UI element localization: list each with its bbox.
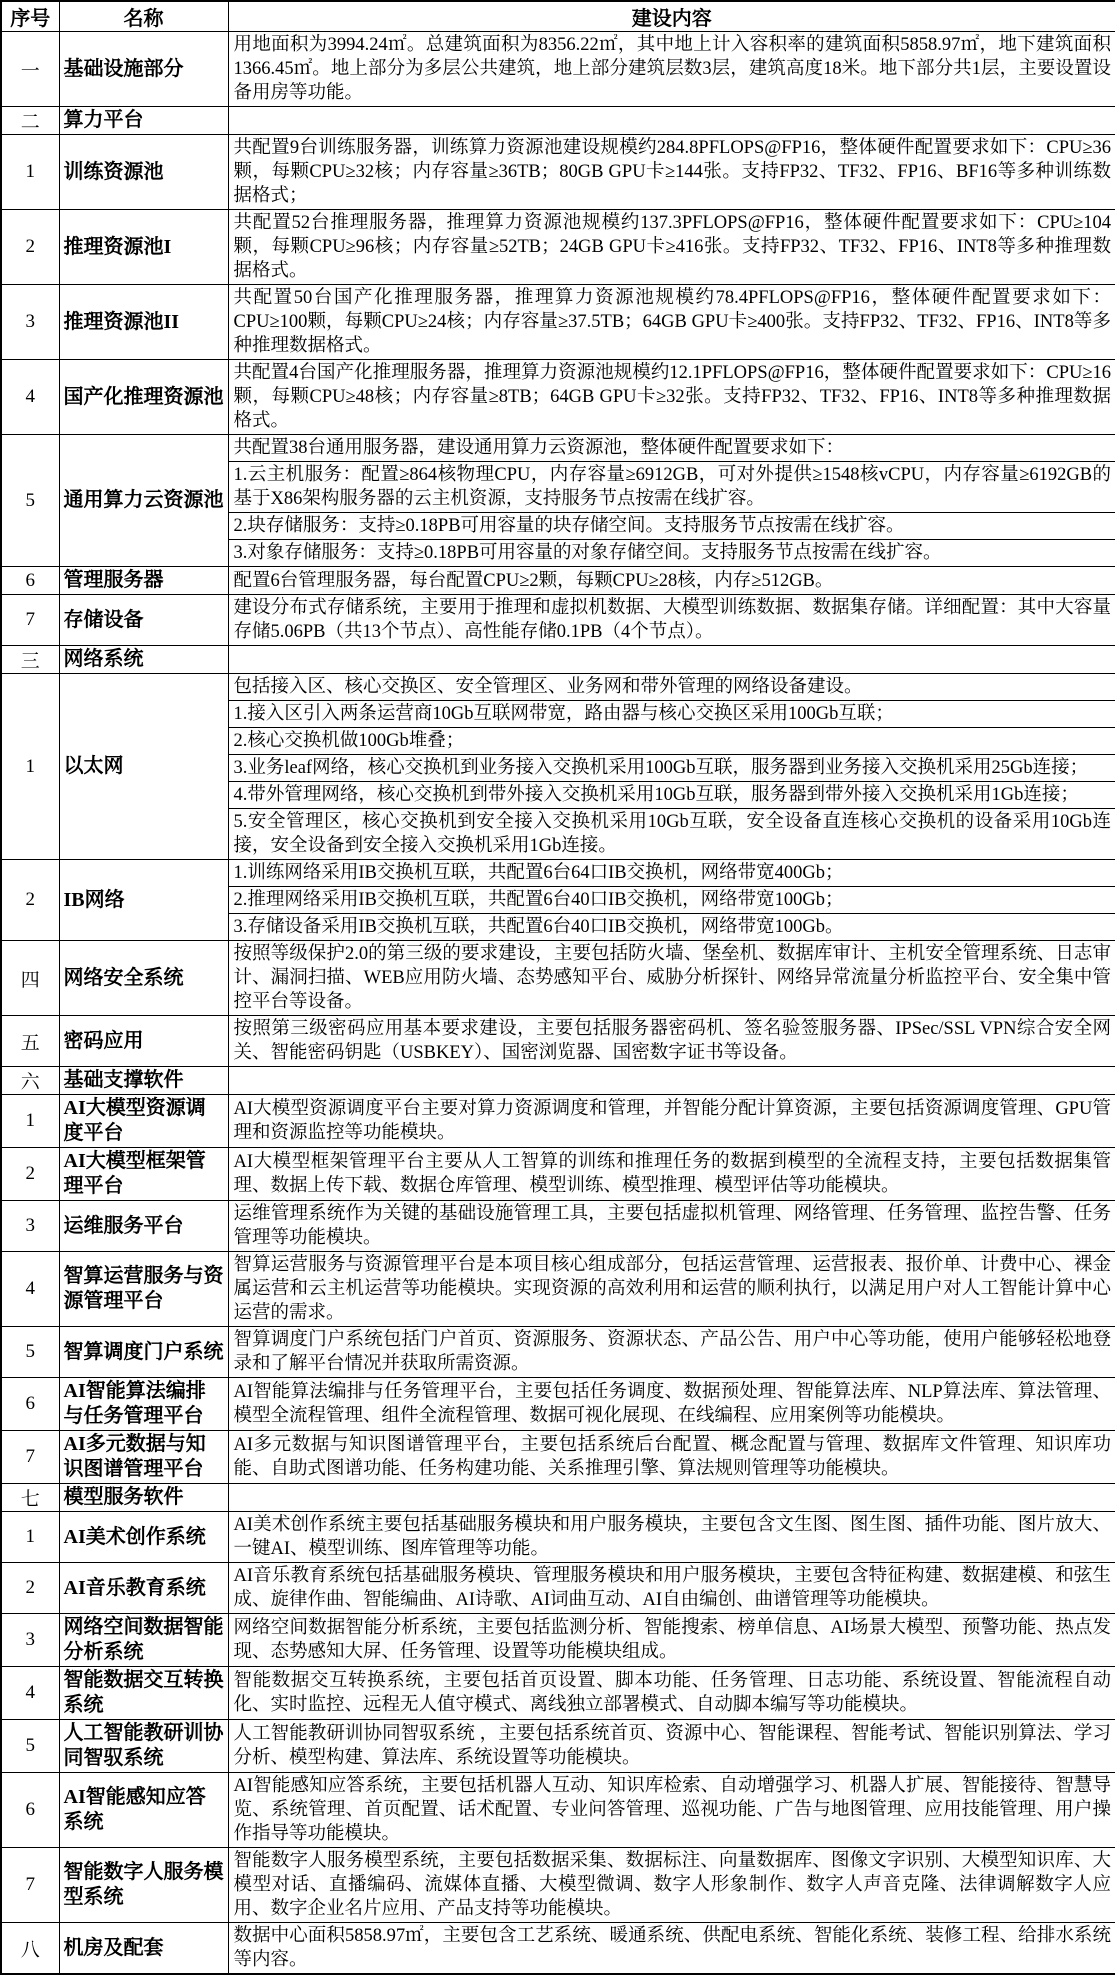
row-content-cell: 包括接入区、核心交换区、安全管理区、业务网和带外管理的网络设备建设。1.接入区引… (228, 674, 1115, 860)
content-paragraph: 3.存储设备采用IB交换机互联，共配置6台40口IB交换机，网络带宽100Gb。 (229, 913, 1115, 940)
table-row: 5人工智能教研训协同智驭系统人工智能教研训协同智驭系统 ，主要包括系统首页、资源… (1, 1720, 1115, 1773)
row-content-cell (228, 1484, 1115, 1512)
content-paragraph: 1.云主机服务：配置≥864核物理CPU，内存容量≥6912GB，可对外提供≥1… (229, 461, 1115, 512)
table-row: 7AI多元数据与知识图谱管理平台AI多元数据与知识图谱管理平台，主要包括系统后台… (1, 1431, 1115, 1484)
section-row: 二算力平台 (1, 107, 1115, 135)
row-content-cell: 智能数字人服务模型系统，主要包括数据采集、数据标注、向量数据库、图像文字识别、大… (228, 1848, 1115, 1923)
row-number-cell: 5 (1, 1327, 59, 1378)
row-name-cell: 推理资源池I (59, 210, 228, 285)
content-paragraph: 5.安全管理区，核心交换机到安全接入交换机采用10Gb互联，安全设备直连核心交换… (229, 808, 1115, 859)
row-content-cell: 共配置52台推理服务器，推理算力资源池规模约137.3PFLOPS@FP16，整… (228, 210, 1115, 285)
content-paragraph: 配置6台管理服务器，每台配置CPU≥2颗，每颗CPU≥28核，内存≥512GB。 (229, 568, 1115, 594)
row-number-cell: 七 (1, 1484, 59, 1512)
row-number-cell: 1 (1, 135, 59, 210)
row-name-cell: 推理资源池II (59, 285, 228, 360)
content-paragraph: 智能数字人服务模型系统，主要包括数据采集、数据标注、向量数据库、图像文字识别、大… (229, 1848, 1115, 1922)
row-number-cell: 7 (1, 1848, 59, 1923)
table-row: 6AI智能感知应答系统AI智能感知应答系统，主要包括机器人互动、知识库检索、自动… (1, 1773, 1115, 1848)
table-row: 1AI大模型资源调度平台AI大模型资源调度平台主要对算力资源调度和管理，并智能分… (1, 1095, 1115, 1148)
row-name-cell: 基础支撑软件 (59, 1067, 228, 1095)
row-number-cell: 三 (1, 646, 59, 674)
row-name-cell: AI智能感知应答系统 (59, 1773, 228, 1848)
row-name-cell: 网络系统 (59, 646, 228, 674)
content-paragraph: 智算调度门户系统包括门户首页、资源服务、资源状态、产品公告、用户中心等功能，使用… (229, 1327, 1115, 1377)
row-name-cell: 网络安全系统 (59, 941, 228, 1016)
table-row: 4智能数据交互转换系统智能数据交互转换系统，主要包括首页设置、脚本功能、任务管理… (1, 1667, 1115, 1720)
row-content-cell (228, 107, 1115, 135)
table-row: 7智能数字人服务模型系统智能数字人服务模型系统，主要包括数据采集、数据标注、向量… (1, 1848, 1115, 1923)
row-name-cell: 以太网 (59, 674, 228, 860)
row-number-cell: 五 (1, 1016, 59, 1067)
row-content-cell: 配置6台管理服务器，每台配置CPU≥2颗，每颗CPU≥28核，内存≥512GB。 (228, 567, 1115, 595)
row-content-cell: 运维管理系统作为关键的基础设施管理工具，主要包括虚拟机管理、网络管理、任务管理、… (228, 1201, 1115, 1252)
table-row: 2推理资源池I共配置52台推理服务器，推理算力资源池规模约137.3PFLOPS… (1, 210, 1115, 285)
content-paragraph: 2.核心交换机做100Gb堆叠； (229, 727, 1115, 754)
row-content-cell: AI智能算法编排与任务管理平台，主要包括任务调度、数据预处理、智能算法库、NLP… (228, 1378, 1115, 1431)
row-name-cell: 训练资源池 (59, 135, 228, 210)
row-name-cell: 运维服务平台 (59, 1201, 228, 1252)
row-content-cell: 建设分布式存储系统，主要用于推理和虚拟机数据、大模型训练数据、数据集存储。详细配… (228, 595, 1115, 646)
content-paragraph: 智算运营服务与资源管理平台是本项目核心组成部分，包括运营管理、运营报表、报价单、… (229, 1252, 1115, 1326)
row-content-cell: 数据中心面积5858.97㎡，主要包含工艺系统、暖通系统、供配电系统、智能化系统… (228, 1923, 1115, 1975)
content-paragraph: 人工智能教研训协同智驭系统 ，主要包括系统首页、资源中心、智能课程、智能考试、智… (229, 1721, 1115, 1771)
table-body: 一基础设施部分用地面积为3994.24㎡。总建筑面积为8356.22㎡，其中地上… (1, 32, 1115, 1975)
row-content-cell: AI大模型资源调度平台主要对算力资源调度和管理，并智能分配计算资源，主要包括资源… (228, 1095, 1115, 1148)
row-content-cell (228, 646, 1115, 674)
row-name-cell: AI音乐教育系统 (59, 1563, 228, 1614)
content-paragraph: 4.带外管理网络，核心交换机到带外接入交换机采用10Gb互联，服务器到带外接入交… (229, 781, 1115, 808)
row-number-cell: 四 (1, 941, 59, 1016)
column-header-number: 序号 (1, 1, 59, 32)
row-number-cell: 4 (1, 360, 59, 435)
content-paragraph: 3.对象存储服务：支持≥0.18PB可用容量的对象存储空间。支持服务节点按需在线… (229, 539, 1115, 566)
column-header-content: 建设内容 (228, 1, 1115, 32)
content-paragraph: 2.推理网络采用IB交换机互联，共配置6台40口IB交换机，网络带宽100Gb； (229, 886, 1115, 913)
row-name-cell: 智算运营服务与资源管理平台 (59, 1252, 228, 1327)
content-paragraph: 2.块存储服务：支持≥0.18PB可用容量的块存储空间。支持服务节点按需在线扩容… (229, 512, 1115, 539)
row-name-cell: 智算调度门户系统 (59, 1327, 228, 1378)
content-paragraph: 共配置38台通用服务器，建设通用算力云资源池，整体硬件配置要求如下： (229, 435, 1115, 461)
row-name-cell: 模型服务软件 (59, 1484, 228, 1512)
row-number-cell: 1 (1, 1512, 59, 1563)
content-paragraph: 运维管理系统作为关键的基础设施管理工具，主要包括虚拟机管理、网络管理、任务管理、… (229, 1201, 1115, 1251)
row-number-cell: 八 (1, 1923, 59, 1975)
row-name-cell: 机房及配套 (59, 1923, 228, 1975)
section-row: 六基础支撑软件 (1, 1067, 1115, 1095)
content-paragraph: AI智能算法编排与任务管理平台，主要包括任务调度、数据预处理、智能算法库、NLP… (229, 1379, 1115, 1429)
row-number-cell: 2 (1, 210, 59, 285)
row-name-cell: 网络空间数据智能分析系统 (59, 1614, 228, 1667)
table-row: 4智算运营服务与资源管理平台智算运营服务与资源管理平台是本项目核心组成部分，包括… (1, 1252, 1115, 1327)
row-content-cell: AI大模型框架管理平台主要从人工智算的训练和推理任务的数据到模型的全流程支持，主… (228, 1148, 1115, 1201)
content-paragraph: 用地面积为3994.24㎡。总建筑面积为8356.22㎡，其中地上计入容积率的建… (229, 32, 1115, 106)
content-paragraph: 建设分布式存储系统，主要用于推理和虚拟机数据、大模型训练数据、数据集存储。详细配… (229, 595, 1115, 645)
content-paragraph: 包括接入区、核心交换区、安全管理区、业务网和带外管理的网络设备建设。 (229, 674, 1115, 700)
content-paragraph: AI音乐教育系统包括基础服务模块、管理服务模块和用户服务模块，主要包含特征构建、… (229, 1563, 1115, 1613)
content-paragraph: 1.训练网络采用IB交换机互联，共配置6台64口IB交换机，网络带宽400Gb； (229, 860, 1115, 886)
row-name-cell: 基础设施部分 (59, 32, 228, 107)
table-row: 3运维服务平台运维管理系统作为关键的基础设施管理工具，主要包括虚拟机管理、网络管… (1, 1201, 1115, 1252)
row-number-cell: 4 (1, 1667, 59, 1720)
content-paragraph: AI大模型资源调度平台主要对算力资源调度和管理，并智能分配计算资源，主要包括资源… (229, 1096, 1115, 1146)
row-number-cell: 5 (1, 1720, 59, 1773)
row-name-cell: AI智能算法编排与任务管理平台 (59, 1378, 228, 1431)
row-name-cell: 算力平台 (59, 107, 228, 135)
table-row: 5通用算力云资源池共配置38台通用服务器，建设通用算力云资源池，整体硬件配置要求… (1, 435, 1115, 567)
section-row: 三网络系统 (1, 646, 1115, 674)
row-content-cell: 共配置50台国产化推理服务器，推理算力资源池规模约78.4PFLOPS@FP16… (228, 285, 1115, 360)
content-paragraph: 共配置50台国产化推理服务器，推理算力资源池规模约78.4PFLOPS@FP16… (229, 285, 1115, 359)
document-page: 序号 名称 建设内容 一基础设施部分用地面积为3994.24㎡。总建筑面积为83… (0, 0, 1115, 1975)
row-name-cell: 管理服务器 (59, 567, 228, 595)
row-content-cell: AI多元数据与知识图谱管理平台，主要包括系统后台配置、概念配置与管理、数据库文件… (228, 1431, 1115, 1484)
row-content-cell: 按照等级保护2.0的第三级的要求建设，主要包括防火墙、堡垒机、数据库审计、主机安… (228, 941, 1115, 1016)
content-paragraph: 智能数据交互转换系统，主要包括首页设置、脚本功能、任务管理、日志功能、系统设置、… (229, 1668, 1115, 1718)
content-paragraph: 按照第三级密码应用基本要求建设，主要包括服务器密码机、签名验签服务器、IPSec… (229, 1016, 1115, 1066)
row-number-cell: 1 (1, 1095, 59, 1148)
row-number-cell: 六 (1, 1067, 59, 1095)
content-paragraph: 按照等级保护2.0的第三级的要求建设，主要包括防火墙、堡垒机、数据库审计、主机安… (229, 941, 1115, 1015)
row-content-cell: 智算调度门户系统包括门户首页、资源服务、资源状态、产品公告、用户中心等功能，使用… (228, 1327, 1115, 1378)
row-name-cell: 人工智能教研训协同智驭系统 (59, 1720, 228, 1773)
content-paragraph: 数据中心面积5858.97㎡，主要包含工艺系统、暖通系统、供配电系统、智能化系统… (229, 1923, 1115, 1973)
content-paragraph: 3.业务leaf网络，核心交换机到业务接入交换机采用100Gb互联，服务器到业务… (229, 754, 1115, 781)
table-row: 1训练资源池共配置9台训练服务器，训练算力资源池建设规模约284.8PFLOPS… (1, 135, 1115, 210)
row-content-cell (228, 1067, 1115, 1095)
row-number-cell: 1 (1, 674, 59, 860)
row-content-cell: 共配置38台通用服务器，建设通用算力云资源池，整体硬件配置要求如下：1.云主机服… (228, 435, 1115, 567)
table-row: 6管理服务器配置6台管理服务器，每台配置CPU≥2颗，每颗CPU≥28核，内存≥… (1, 567, 1115, 595)
content-paragraph: AI大模型框架管理平台主要从人工智算的训练和推理任务的数据到模型的全流程支持，主… (229, 1149, 1115, 1199)
row-content-cell: 共配置9台训练服务器，训练算力资源池建设规模约284.8PFLOPS@FP16，… (228, 135, 1115, 210)
row-content-cell: AI美术创作系统主要包括基础服务模块和用户服务模块，主要包含文生图、图生图、插件… (228, 1512, 1115, 1563)
row-content-cell: 1.训练网络采用IB交换机互联，共配置6台64口IB交换机，网络带宽400Gb；… (228, 860, 1115, 941)
row-content-cell: 智算运营服务与资源管理平台是本项目核心组成部分，包括运营管理、运营报表、报价单、… (228, 1252, 1115, 1327)
row-number-cell: 2 (1, 860, 59, 941)
header-row: 序号 名称 建设内容 (1, 1, 1115, 32)
row-name-cell: AI大模型框架管理平台 (59, 1148, 228, 1201)
row-content-cell: 人工智能教研训协同智驭系统 ，主要包括系统首页、资源中心、智能课程、智能考试、智… (228, 1720, 1115, 1773)
content-paragraph: 共配置9台训练服务器，训练算力资源池建设规模约284.8PFLOPS@FP16，… (229, 135, 1115, 209)
row-name-cell: 密码应用 (59, 1016, 228, 1067)
section-row: 七模型服务软件 (1, 1484, 1115, 1512)
row-number-cell: 6 (1, 1773, 59, 1848)
row-content-cell: 用地面积为3994.24㎡。总建筑面积为8356.22㎡，其中地上计入容积率的建… (228, 32, 1115, 107)
row-number-cell: 二 (1, 107, 59, 135)
table-row: 1AI美术创作系统AI美术创作系统主要包括基础服务模块和用户服务模块，主要包含文… (1, 1512, 1115, 1563)
row-name-cell: 国产化推理资源池 (59, 360, 228, 435)
table-row: 7存储设备建设分布式存储系统，主要用于推理和虚拟机数据、大模型训练数据、数据集存… (1, 595, 1115, 646)
row-name-cell: 智能数字人服务模型系统 (59, 1848, 228, 1923)
table-row: 5智算调度门户系统智算调度门户系统包括门户首页、资源服务、资源状态、产品公告、用… (1, 1327, 1115, 1378)
table-row: 4国产化推理资源池共配置4台国产化推理服务器，推理算力资源池规模约12.1PFL… (1, 360, 1115, 435)
row-content-cell: 智能数据交互转换系统，主要包括首页设置、脚本功能、任务管理、日志功能、系统设置、… (228, 1667, 1115, 1720)
row-name-cell: IB网络 (59, 860, 228, 941)
row-name-cell: AI大模型资源调度平台 (59, 1095, 228, 1148)
content-paragraph: AI智能感知应答系统，主要包括机器人互动、知识库检索、自动增强学习、机器人扩展、… (229, 1773, 1115, 1847)
section-row: 一基础设施部分用地面积为3994.24㎡。总建筑面积为8356.22㎡，其中地上… (1, 32, 1115, 107)
row-number-cell: 2 (1, 1148, 59, 1201)
row-content-cell: 网络空间数据智能分析系统，主要包括监测分析、智能搜索、榜单信息、AI场景大模型、… (228, 1614, 1115, 1667)
row-name-cell: 存储设备 (59, 595, 228, 646)
content-paragraph: AI美术创作系统主要包括基础服务模块和用户服务模块，主要包含文生图、图生图、插件… (229, 1512, 1115, 1562)
row-number-cell: 3 (1, 1201, 59, 1252)
column-header-name: 名称 (59, 1, 228, 32)
content-paragraph: 共配置4台国产化推理服务器，推理算力资源池规模约12.1PFLOPS@FP16，… (229, 360, 1115, 434)
row-number-cell: 2 (1, 1563, 59, 1614)
row-number-cell: 5 (1, 435, 59, 567)
row-number-cell: 7 (1, 1431, 59, 1484)
row-number-cell: 3 (1, 1614, 59, 1667)
row-number-cell: 3 (1, 285, 59, 360)
row-name-cell: AI美术创作系统 (59, 1512, 228, 1563)
section-row: 四网络安全系统按照等级保护2.0的第三级的要求建设，主要包括防火墙、堡垒机、数据… (1, 941, 1115, 1016)
row-content-cell: 按照第三级密码应用基本要求建设，主要包括服务器密码机、签名验签服务器、IPSec… (228, 1016, 1115, 1067)
row-name-cell: AI多元数据与知识图谱管理平台 (59, 1431, 228, 1484)
table-row: 1以太网包括接入区、核心交换区、安全管理区、业务网和带外管理的网络设备建设。1.… (1, 674, 1115, 860)
row-number-cell: 一 (1, 32, 59, 107)
row-number-cell: 6 (1, 1378, 59, 1431)
content-paragraph: 共配置52台推理服务器，推理算力资源池规模约137.3PFLOPS@FP16，整… (229, 210, 1115, 284)
content-paragraph: 网络空间数据智能分析系统，主要包括监测分析、智能搜索、榜单信息、AI场景大模型、… (229, 1615, 1115, 1665)
table-row: 2IB网络1.训练网络采用IB交换机互联，共配置6台64口IB交换机，网络带宽4… (1, 860, 1115, 941)
row-name-cell: 智能数据交互转换系统 (59, 1667, 228, 1720)
content-paragraph: 1.接入区引入两条运营商10Gb互联网带宽，路由器与核心交换区采用100Gb互联… (229, 700, 1115, 727)
section-row: 八机房及配套数据中心面积5858.97㎡，主要包含工艺系统、暖通系统、供配电系统… (1, 1923, 1115, 1975)
section-row: 五密码应用按照第三级密码应用基本要求建设，主要包括服务器密码机、签名验签服务器、… (1, 1016, 1115, 1067)
table-row: 2AI音乐教育系统AI音乐教育系统包括基础服务模块、管理服务模块和用户服务模块，… (1, 1563, 1115, 1614)
table-row: 3网络空间数据智能分析系统网络空间数据智能分析系统，主要包括监测分析、智能搜索、… (1, 1614, 1115, 1667)
row-number-cell: 7 (1, 595, 59, 646)
table-row: 2AI大模型框架管理平台AI大模型框架管理平台主要从人工智算的训练和推理任务的数… (1, 1148, 1115, 1201)
table-row: 6AI智能算法编排与任务管理平台AI智能算法编排与任务管理平台，主要包括任务调度… (1, 1378, 1115, 1431)
row-content-cell: AI音乐教育系统包括基础服务模块、管理服务模块和用户服务模块，主要包含特征构建、… (228, 1563, 1115, 1614)
row-name-cell: 通用算力云资源池 (59, 435, 228, 567)
content-paragraph: AI多元数据与知识图谱管理平台，主要包括系统后台配置、概念配置与管理、数据库文件… (229, 1432, 1115, 1482)
row-number-cell: 4 (1, 1252, 59, 1327)
row-content-cell: 共配置4台国产化推理服务器，推理算力资源池规模约12.1PFLOPS@FP16，… (228, 360, 1115, 435)
row-number-cell: 6 (1, 567, 59, 595)
table-row: 3推理资源池II共配置50台国产化推理服务器，推理算力资源池规模约78.4PFL… (1, 285, 1115, 360)
construction-spec-table: 序号 名称 建设内容 一基础设施部分用地面积为3994.24㎡。总建筑面积为83… (0, 0, 1115, 1975)
row-content-cell: AI智能感知应答系统，主要包括机器人互动、知识库检索、自动增强学习、机器人扩展、… (228, 1773, 1115, 1848)
